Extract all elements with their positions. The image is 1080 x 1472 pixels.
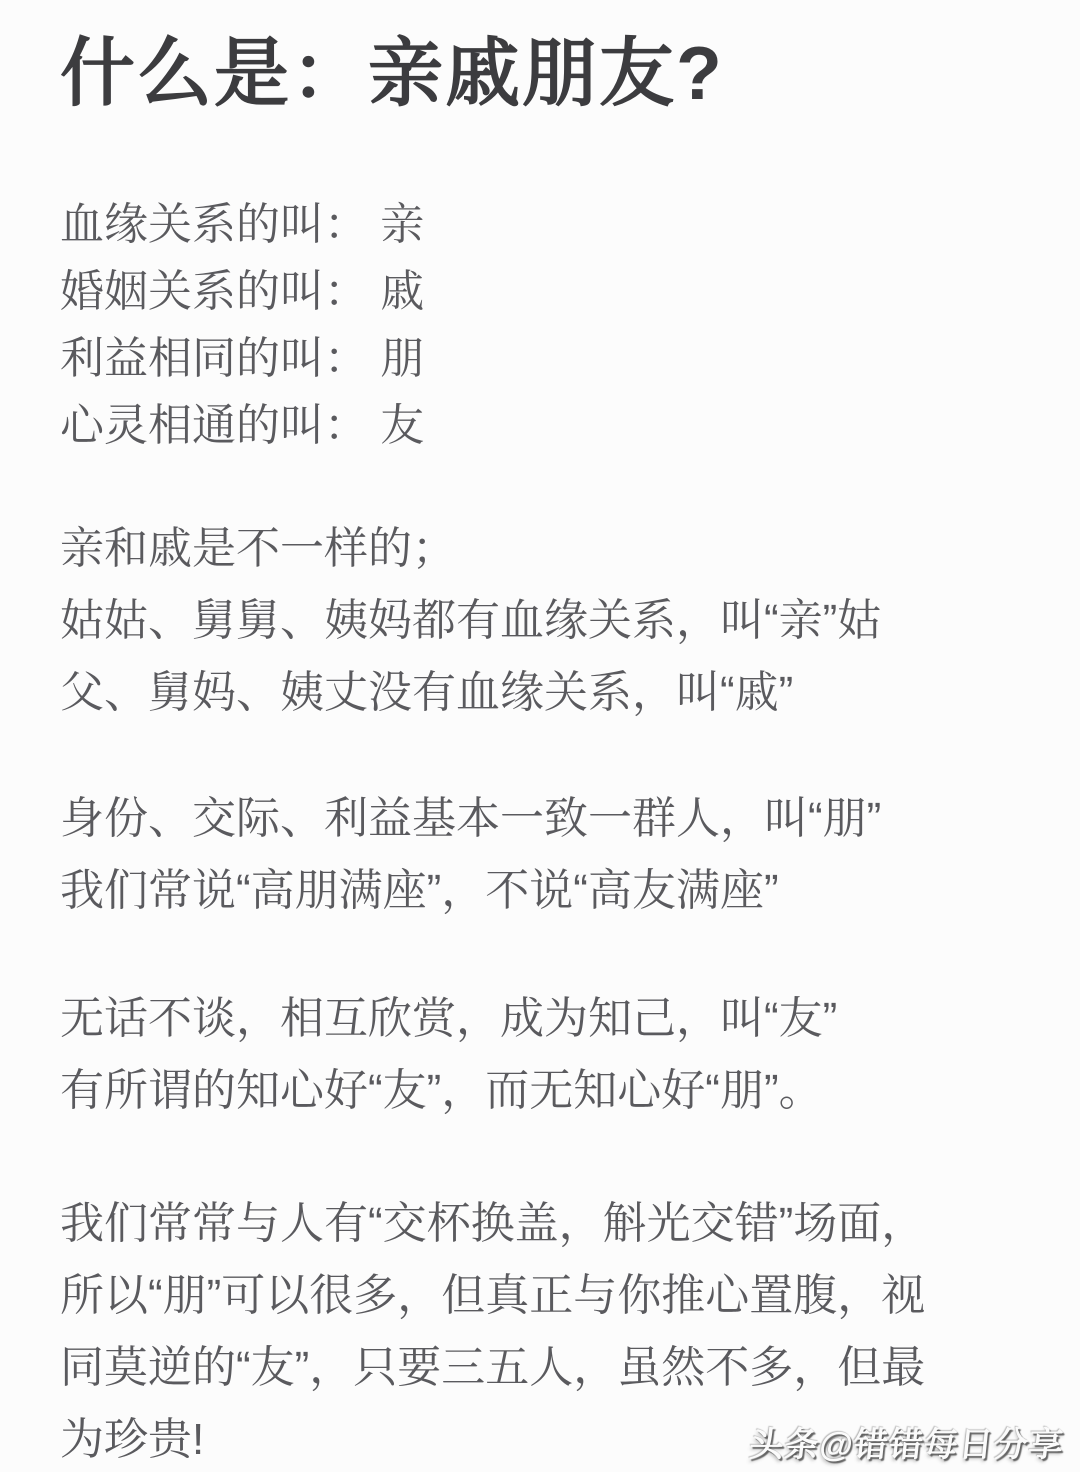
definition-line-peng: 利益相同的叫： 朋	[60, 325, 1040, 392]
definition-line-qi: 婚姻关系的叫： 戚	[60, 258, 1040, 325]
paragraph-you: 无话不谈，相互欣赏，成为知己，叫“友” 有所谓的知心好“友”，而无知心好“朋”。	[60, 983, 1040, 1127]
text-line: 同莫逆的“友”，只要三五人，虽然不多，但最	[60, 1332, 1040, 1404]
text-line: 无话不谈，相互欣赏，成为知己，叫“友”	[60, 983, 1040, 1055]
page-title: 什么是：亲戚朋友?	[60, 23, 1040, 123]
text-line: 亲和戚是不一样的；	[60, 513, 1040, 585]
definition-line-you: 心灵相通的叫： 友	[60, 392, 1040, 459]
text-line: 我们常常与人有“交杯换盖，斛光交错”场面，	[60, 1188, 1040, 1260]
text-card: 什么是：亲戚朋友? 血缘关系的叫： 亲 婚姻关系的叫： 戚 利益相同的叫： 朋 …	[0, 0, 1080, 1472]
text-line: 身份、交际、利益基本一致一群人，叫“朋”	[60, 783, 1040, 855]
text-line: 所以“朋”可以很多，但真正与你推心置腹，视	[60, 1260, 1040, 1332]
text-line: 有所谓的知心好“友”，而无知心好“朋”。	[60, 1055, 1040, 1127]
definition-line-qin: 血缘关系的叫： 亲	[60, 191, 1040, 258]
paragraph-peng: 身份、交际、利益基本一致一群人，叫“朋” 我们常说“高朋满座”，不说“高友满座”	[60, 783, 1040, 927]
watermark: 头条@错错每日分享	[747, 1417, 1066, 1466]
definition-list: 血缘关系的叫： 亲 婚姻关系的叫： 戚 利益相同的叫： 朋 心灵相通的叫： 友	[60, 191, 1040, 459]
text-line: 我们常说“高朋满座”，不说“高友满座”	[60, 855, 1040, 927]
paragraph-qin-vs-qi: 亲和戚是不一样的； 姑姑、舅舅、姨妈都有血缘关系，叫“亲”姑 父、舅妈、姨丈没有…	[60, 513, 1040, 729]
text-line: 父、舅妈、姨丈没有血缘关系，叫“戚”	[60, 657, 1040, 729]
text-line: 姑姑、舅舅、姨妈都有血缘关系，叫“亲”姑	[60, 585, 1040, 657]
